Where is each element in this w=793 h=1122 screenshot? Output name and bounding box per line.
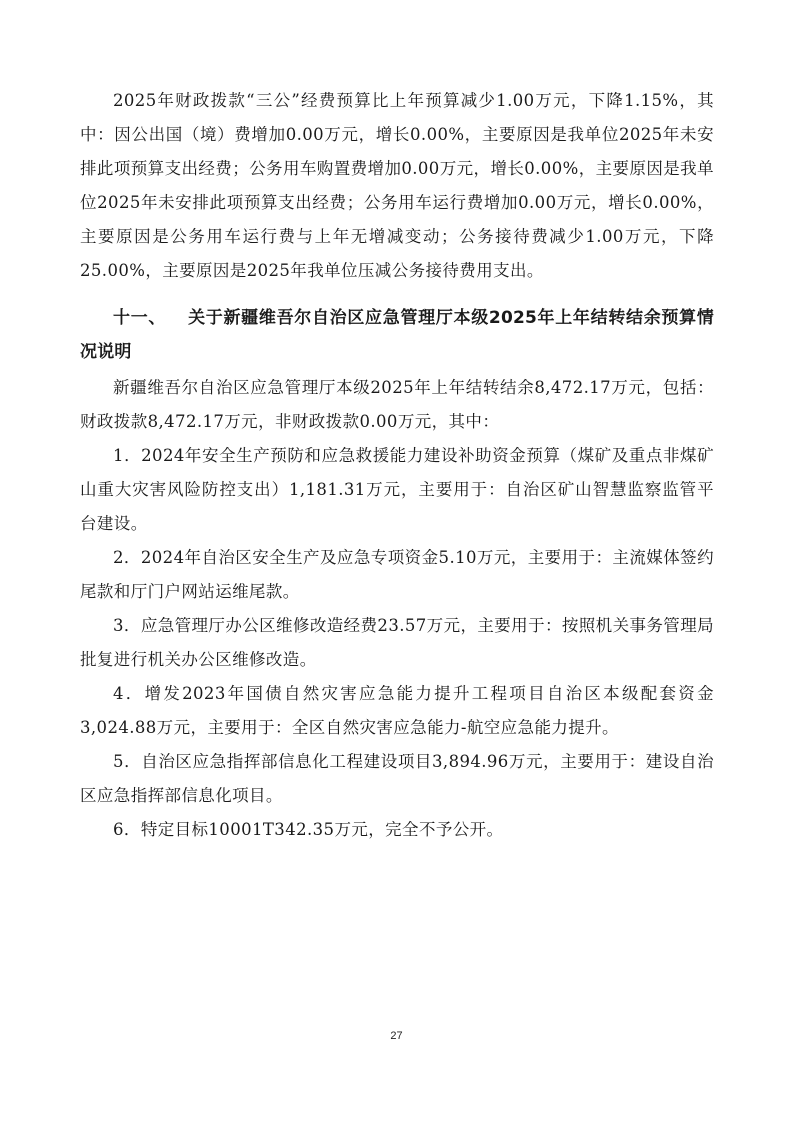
list-item-label: 3． — [113, 616, 141, 635]
list-item-text: 增发2023年国债自然灾害应急能力提升工程项目自治区本级配套资金3,024.88… — [80, 684, 714, 737]
list-item: 4．增发2023年国债自然灾害应急能力提升工程项目自治区本级配套资金3,024.… — [80, 677, 714, 745]
section-number: 十一、 — [113, 308, 166, 328]
section-heading: 十一、关于新疆维吾尔自治区应急管理厅本级2025年上年结转结余预算情况说明 — [80, 301, 714, 369]
list-item: 6．特定目标10001T342.35万元，完全不予公开。 — [80, 813, 714, 847]
document-page: 2025年财政拨款“三公”经费预算比上年预算减少1.00万元，下降1.15%，其… — [80, 84, 714, 847]
list-item-label: 2． — [113, 548, 141, 567]
list-item-label: 6． — [113, 820, 141, 839]
list-item: 3．应急管理厅办公区维修改造经费23.57万元，主要用于：按照机关事务管理局批复… — [80, 609, 714, 677]
section-title: 关于新疆维吾尔自治区应急管理厅本级2025年上年结转结余预算情况说明 — [80, 308, 714, 362]
list-item: 1．2024年安全生产预防和应急救援能力建设补助资金预算（煤矿及重点非煤矿山重大… — [80, 439, 714, 541]
three-public-expenses-paragraph: 2025年财政拨款“三公”经费预算比上年预算减少1.00万元，下降1.15%，其… — [80, 84, 714, 288]
carryover-intro-paragraph: 新疆维吾尔自治区应急管理厅本级2025年上年结转结余8,472.17万元，包括：… — [80, 371, 714, 439]
list-item-text: 2024年自治区安全生产及应急专项资金5.10万元，主要用于：主流媒体签约尾款和… — [80, 548, 714, 601]
list-item: 2．2024年自治区安全生产及应急专项资金5.10万元，主要用于：主流媒体签约尾… — [80, 541, 714, 609]
list-item-label: 4． — [113, 684, 145, 703]
list-item-label: 1． — [113, 446, 141, 465]
list-item-text: 2024年安全生产预防和应急救援能力建设补助资金预算（煤矿及重点非煤矿山重大灾害… — [80, 446, 714, 533]
page-number: 27 — [0, 1030, 793, 1042]
list-item-label: 5． — [113, 752, 141, 771]
list-item-text: 特定目标10001T342.35万元，完全不予公开。 — [141, 820, 504, 839]
list-item: 5．自治区应急指挥部信息化工程建设项目3,894.96万元，主要用于：建设自治区… — [80, 745, 714, 813]
list-item-text: 应急管理厅办公区维修改造经费23.57万元，主要用于：按照机关事务管理局批复进行… — [80, 616, 714, 669]
list-item-text: 自治区应急指挥部信息化工程建设项目3,894.96万元，主要用于：建设自治区应急… — [80, 752, 714, 805]
